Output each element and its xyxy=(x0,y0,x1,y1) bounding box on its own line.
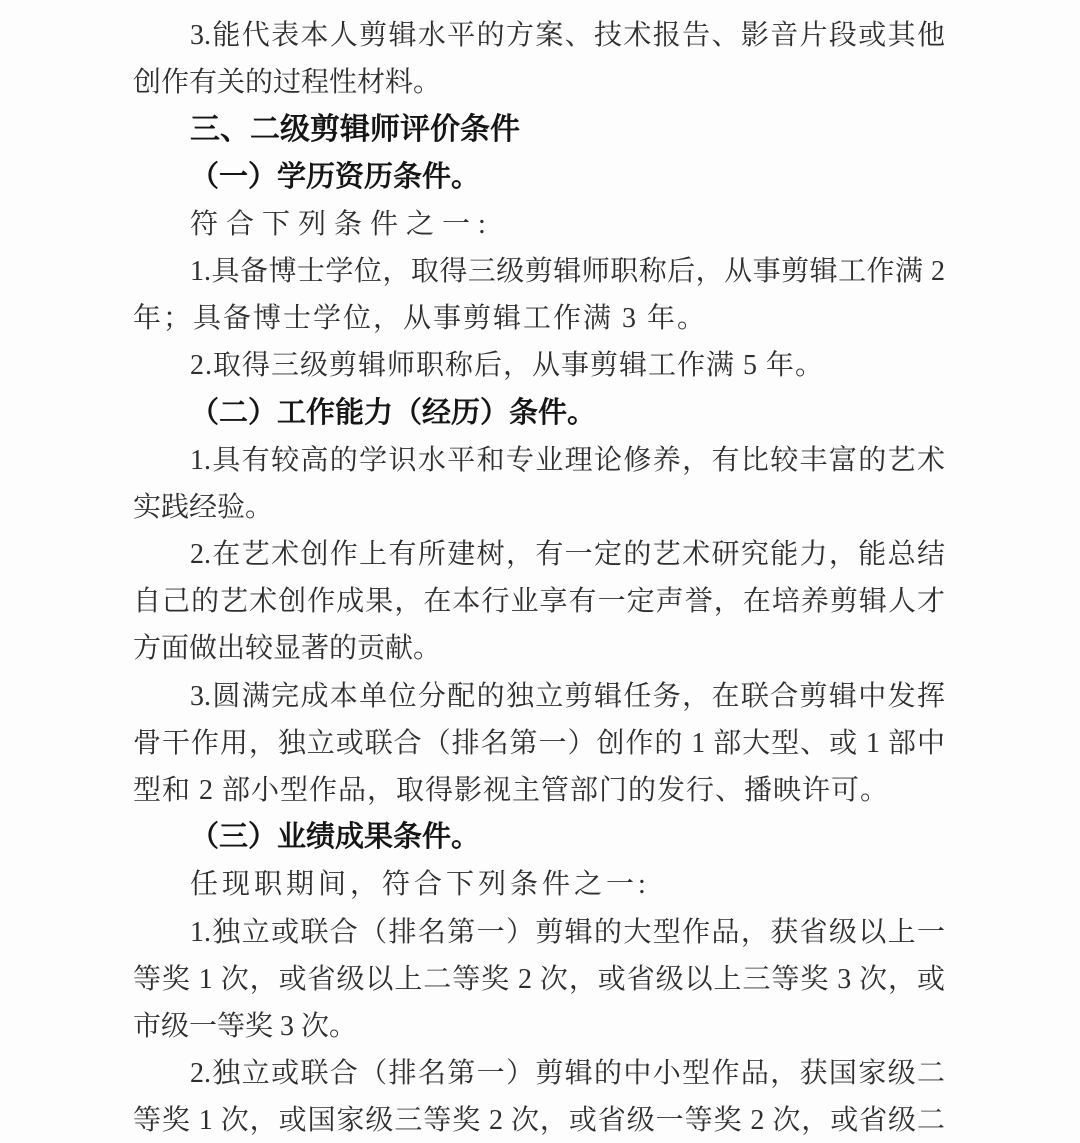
text-line: 任现职期间，符合下列条件之一: xyxy=(133,861,945,908)
text-line: 骨干作用，独立或联合（排名第一）创作的 1 部大型、或 1 部中 xyxy=(133,720,945,767)
text-line: 市级一等奖 3 次。 xyxy=(133,1003,945,1050)
text-line: 创作有关的过程性材料。 xyxy=(133,59,945,106)
text-line: 实践经验。 xyxy=(133,484,945,531)
text-line: 等奖 1 次，或省级以上二等奖 2 次，或省级以上三等奖 3 次，或 xyxy=(133,956,945,1003)
text-line: 2.在艺术创作上有所建树，有一定的艺术研究能力，能总结 xyxy=(133,531,945,578)
section-heading: 三、二级剪辑师评价条件 xyxy=(133,106,945,153)
text-line: 1.具有较高的学识水平和专业理论修养，有比较丰富的艺术 xyxy=(133,437,945,484)
text-line: 2.独立或联合（排名第一）剪辑的中小型作品，获国家级二 xyxy=(133,1050,945,1097)
text-line: 符合下列条件之一: xyxy=(133,201,945,248)
section-heading: （三）业绩成果条件。 xyxy=(133,814,945,861)
text-line: 等奖 1 次，或国家级三等奖 2 次，或省级一等奖 2 次，或省级二 xyxy=(133,1097,945,1143)
section-heading: （一）学历资历条件。 xyxy=(133,154,945,201)
text-line: 1.具备博士学位，取得三级剪辑师职称后，从事剪辑工作满 2 xyxy=(133,248,945,295)
text-line: 3.圆满完成本单位分配的独立剪辑任务，在联合剪辑中发挥 xyxy=(133,673,945,720)
text-line: 方面做出较显著的贡献。 xyxy=(133,625,945,672)
text-line: 2.取得三级剪辑师职称后，从事剪辑工作满 5 年。 xyxy=(133,342,945,389)
text-line: 自己的艺术创作成果，在本行业享有一定声誉，在培养剪辑人才 xyxy=(133,578,945,625)
section-heading: （二）工作能力（经历）条件。 xyxy=(133,390,945,437)
text-line: 3.能代表本人剪辑水平的方案、技术报告、影音片段或其他 xyxy=(133,12,945,59)
text-line: 1.独立或联合（排名第一）剪辑的大型作品，获省级以上一 xyxy=(133,909,945,956)
text-line: 型和 2 部小型作品，取得影视主管部门的发行、播映许可。 xyxy=(133,767,945,814)
document-page: 3.能代表本人剪辑水平的方案、技术报告、影音片段或其他 创作有关的过程性材料。 … xyxy=(0,0,1080,1143)
text-line: 年；具备博士学位，从事剪辑工作满 3 年。 xyxy=(133,295,945,342)
